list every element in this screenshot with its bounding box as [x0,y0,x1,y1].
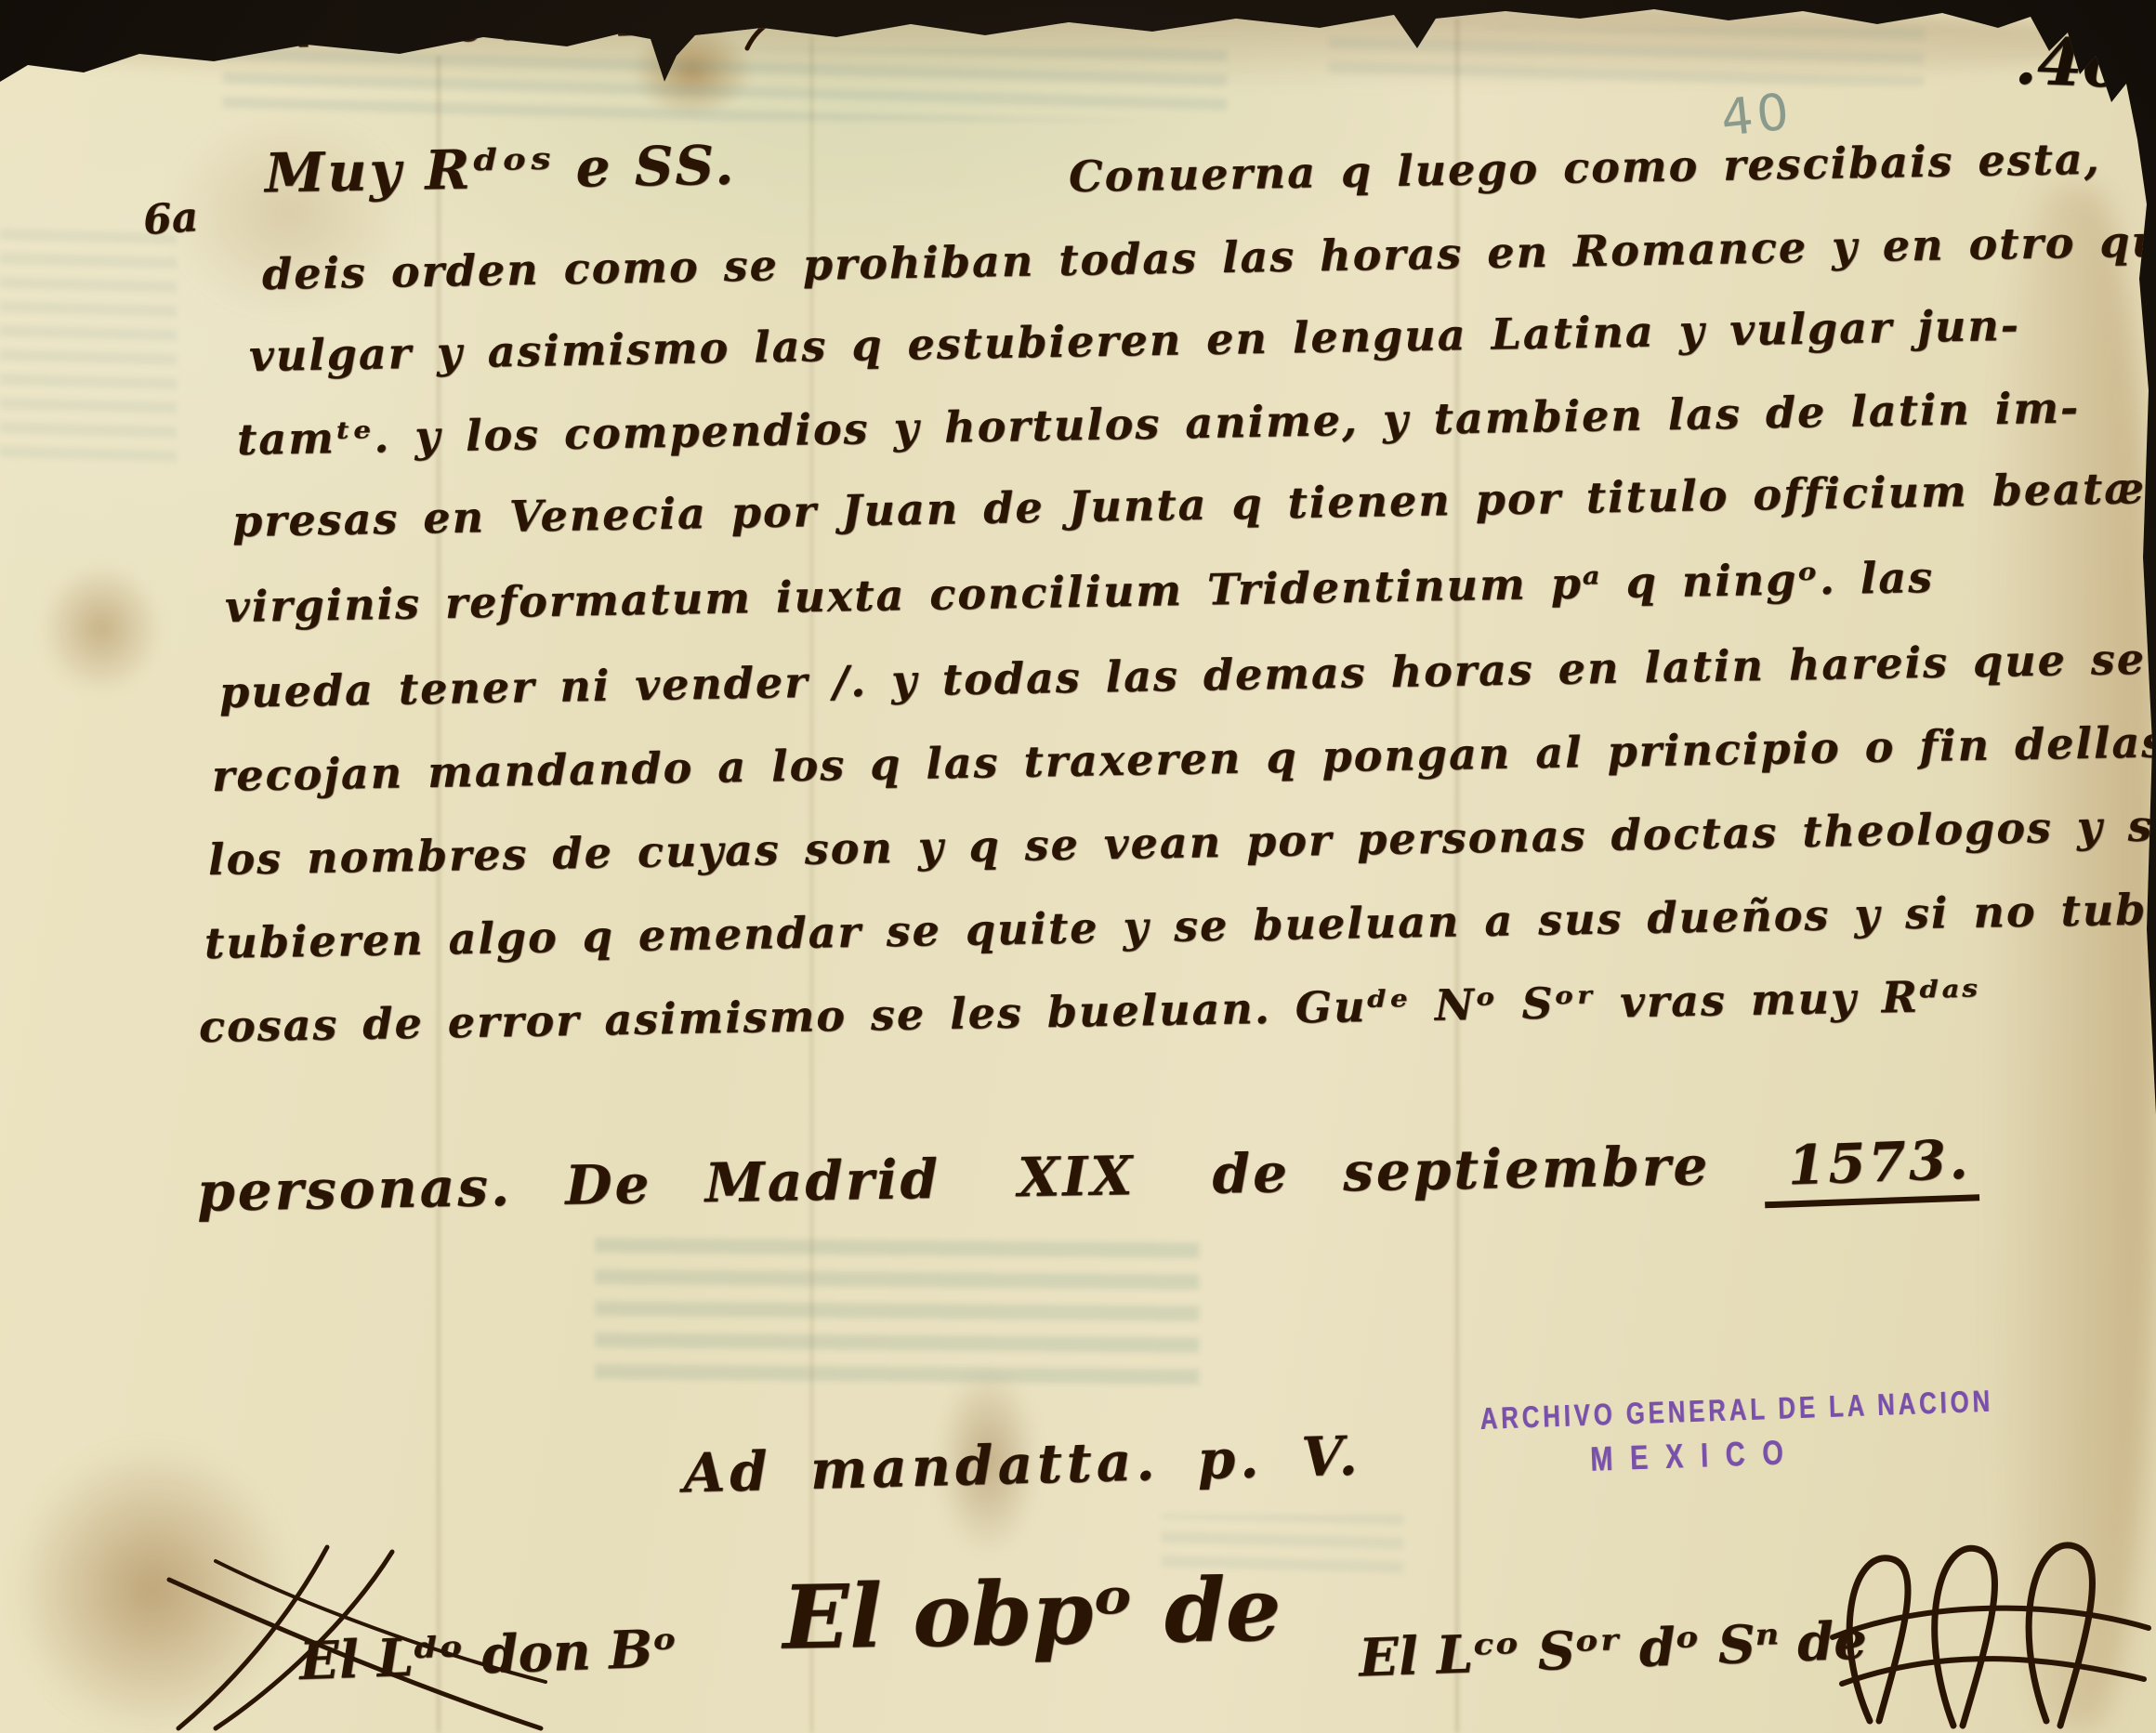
salutation: Muy Rᵈᵒˢ e SS. [264,134,736,205]
archive-stamp-line2: MEXICO [1481,1426,1996,1483]
body-line: vulgar y asimismo las q estubieren en le… [249,300,2021,381]
paper-crease [437,56,440,1733]
manuscript-page: Rᵈᵃ. en mexᵒ. 23 de octᵉ. 1574 .40. 40 6… [0,0,2156,1733]
received-annotation: Rᵈᵃ. en mexᵒ. 23 de octᵉ. 1574 [47,0,728,65]
dateline-year: 1573. [1762,1127,1979,1208]
verso-showthrough [0,219,177,470]
body-line: los nombres de cuyas son y q se vean por… [208,800,2156,885]
ink-hook-mark [743,7,827,54]
folio-number-pencil: 40 [1718,82,1795,148]
archive-stamp: ARCHIVO GENERAL DE LA NACION MEXICO [1479,1384,1995,1483]
body-line: tamᵗᵉ. y los compendios y hortulos anime… [237,382,2081,465]
margin-mark: 6a [141,193,200,244]
body-line: Conuerna q luego como rescibais esta, [1069,134,2101,202]
body-line: tubieren algo q emendar se quite y se bu… [204,883,2156,968]
torn-edge-shadow [0,0,2156,88]
folio-number-ink: .40. [2014,21,2152,103]
signature: El obpᵒ de [782,1558,1282,1669]
body-line: deis orden como se prohiban todas las ho… [262,213,2156,299]
manuscript-photo: Rᵈᵃ. en mexᵒ. 23 de octᵉ. 1574 .40. 40 6… [0,0,2156,1733]
verso-showthrough [1329,28,1924,85]
ink-stain [41,563,162,693]
body-line: cosas de error asimismo se les bueluan. … [199,971,1981,1052]
dateline-roman-numeral: XIX [1018,1144,1136,1209]
dateline-month: de septiembre [1212,1134,1711,1205]
body-line: virginis reformatum iuxta concilium Trid… [225,552,1935,632]
signature: El Lᶜᵒ Sᵒʳ dᵒ Sⁿ de [1358,1609,1868,1688]
verso-showthrough [223,48,1227,121]
verso-showthrough [595,1228,1199,1396]
ink-stain [632,24,753,117]
dateline-prefix: personas. De Madrid [196,1148,940,1224]
body-line: presas en Venecia por Juan de Junta q ti… [232,463,2147,546]
body-line: recojan mandando a los q las traxeren q … [212,716,2156,801]
signature: El Lᵈᵒ don Bᵒ [298,1618,678,1692]
notarial-rubric [1814,1526,2156,1733]
body-line: pueda tener ni vender /. y todas las dem… [219,634,2147,717]
dateline: personas. De Madrid XIX de septiembre 15… [196,1129,1978,1233]
closing-formula: Ad mandatta. p. V. [682,1424,1362,1504]
